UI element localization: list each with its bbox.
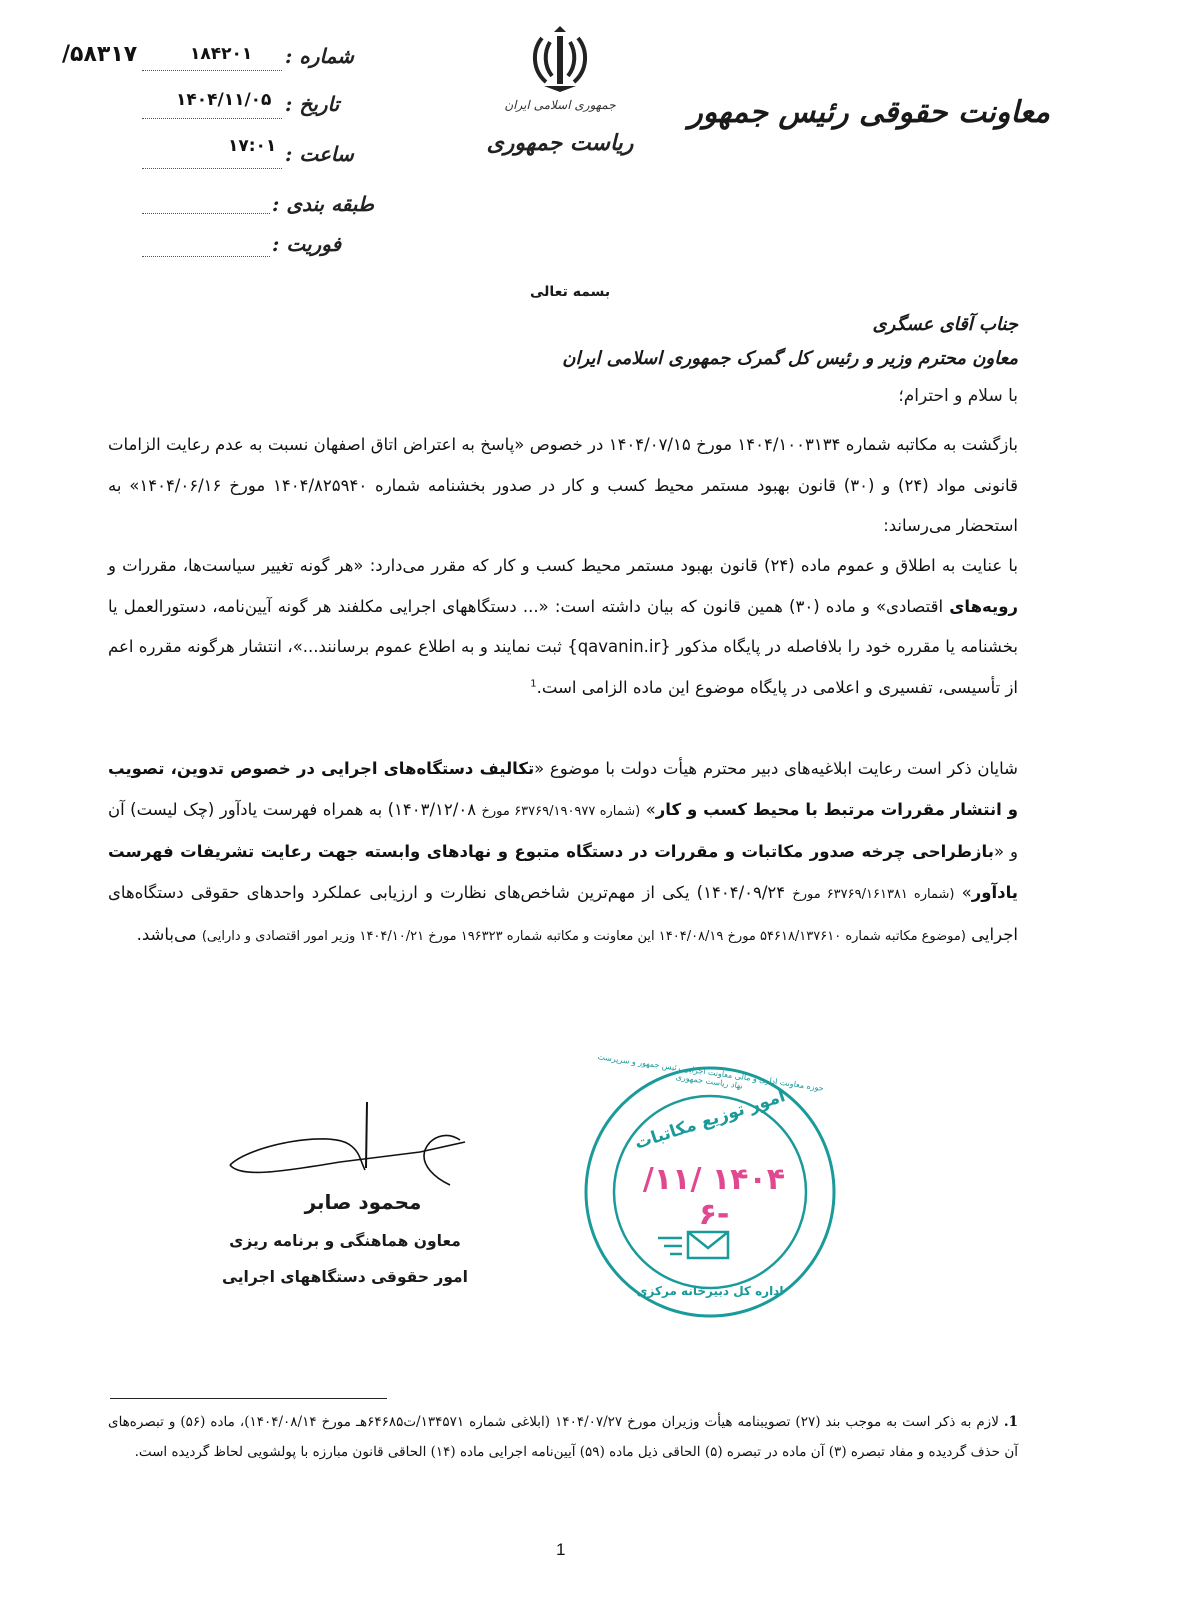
meta-label: شماره :	[285, 44, 354, 68]
addressee-name: جناب آقای عسگری	[873, 314, 1018, 335]
paragraph-3: شایان ذکر است رعایت ابلاغیه‌های دبیر محت…	[108, 749, 1018, 958]
meta-label: ساعت :	[285, 142, 354, 166]
meta-value: ۱۴۰۴/۱۱/۰۵	[176, 90, 271, 110]
signatory-title-line2: امور حقوقی دستگاههای اجرایی	[210, 1268, 480, 1286]
emblem-caption-line2: ریاست جمهوری	[480, 130, 640, 156]
emblem-caption-line1: جمهوری اسلامی ایران	[490, 98, 630, 112]
bold-term: رویه‌های	[949, 597, 1018, 616]
emblem-icon	[530, 26, 590, 94]
basmala: بسمه تعالی	[530, 284, 610, 300]
distribution-stamp: ۱۴۰۴ /۱۱/ -۶ امور توزیع مکاتبات اداره کل…	[580, 1062, 840, 1322]
meta-value: ۱۷:۰۱	[228, 136, 276, 156]
meta-label: تاریخ :	[285, 92, 339, 116]
meta-label: طبقه بندی :	[272, 192, 374, 216]
page-number: 1	[556, 1540, 565, 1560]
greeting: با سلام و احترام؛	[898, 386, 1018, 406]
meta-label: فوریت :	[272, 232, 341, 256]
signatory-name: محمود صابر	[228, 1190, 498, 1214]
footnote-divider	[110, 1398, 387, 1399]
meta-value: ۱۸۴۲۰۱	[190, 44, 252, 64]
iran-emblem	[530, 26, 590, 94]
department-title: معاونت حقوقی رئیس جمهور	[688, 95, 1050, 130]
stamp-bottom-text: اداره کل دبیرخانه مرکزی	[630, 1284, 790, 1298]
paragraph-2: با عنایت به اطلاق و عموم ماده (۲۴) قانون…	[108, 546, 1018, 708]
signature-icon	[220, 1090, 480, 1190]
stamp-date: ۱۴۰۴ /۱۱/ -۶	[624, 1162, 804, 1232]
paragraph-1: بازگشت به مکاتبه شماره ۱۴۰۴/۱۰۰۳۱۳۴ مورخ…	[108, 425, 1018, 547]
signatory-title-line1: معاون هماهنگی و برنامه ریزی	[210, 1232, 480, 1250]
footnote-marker: 1.	[1004, 1414, 1018, 1430]
addressee-title: معاون محترم وزیر و رئیس کل گمرک جمهوری ا…	[562, 348, 1018, 369]
signature-scribble	[220, 1090, 480, 1190]
reference-number: ۵۸۳۱۷/	[62, 42, 137, 67]
footnote: 1. لازم به ذکر است به موجب بند (۲۷) تصوی…	[108, 1407, 1018, 1467]
